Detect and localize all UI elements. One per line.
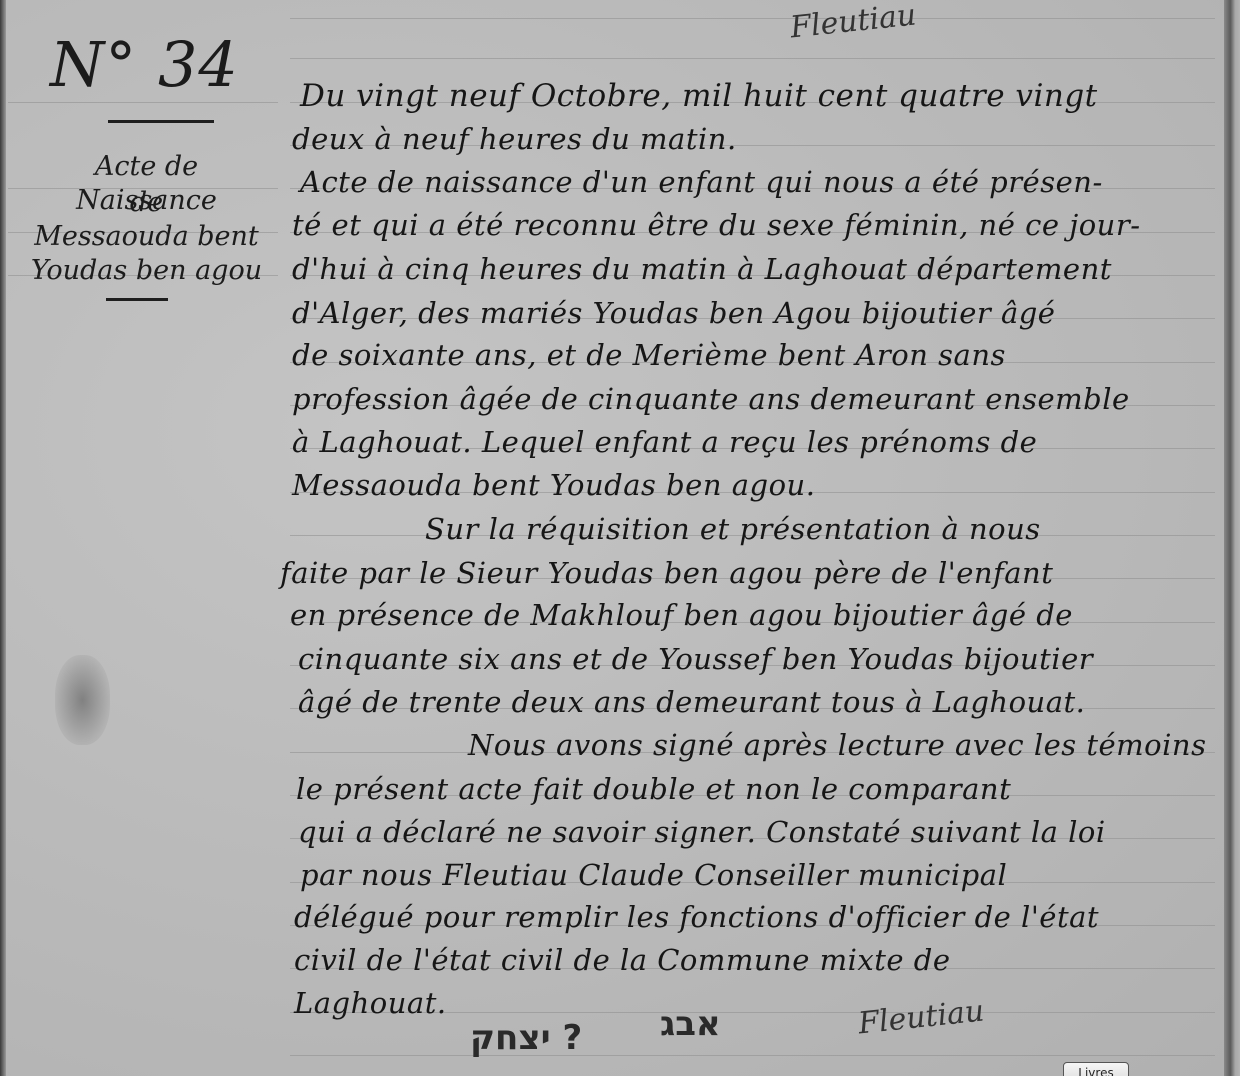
livres-button[interactable]: Livres [1063, 1062, 1129, 1076]
text-line: par nous Fleutiau Claude Conseiller muni… [300, 858, 1007, 892]
page-binding-right [1224, 0, 1240, 1076]
act-number-underline [108, 120, 214, 123]
margin-title-line-4: Youdas ben agou [24, 254, 269, 288]
margin-title-line-3: Messaouda bent [24, 220, 269, 254]
text-line: Du vingt neuf Octobre, mil huit cent qua… [300, 78, 1098, 114]
text-line: qui a déclaré ne savoir signer. Constaté… [298, 815, 1106, 849]
text-line: délégué pour remplir les fonctions d'off… [294, 900, 1099, 934]
margin-title-line-2: de [24, 186, 269, 220]
margin-title-underline [106, 298, 168, 301]
text-line: de soixante ans, et de Merième bent Aron… [292, 338, 1006, 372]
signature-bottom: Fleutiau [857, 993, 986, 1041]
text-line: d'hui à cinq heures du matin à Laghouat … [292, 252, 1112, 286]
text-line: d'Alger, des mariés Youdas ben Agou bijo… [292, 296, 1055, 330]
ruled-line [290, 58, 1215, 59]
text-line: Acte de naissance d'un enfant qui nous a… [300, 165, 1103, 199]
signature-hebrew-1: יצחק ? [470, 1018, 582, 1058]
text-line: deux à neuf heures du matin. [292, 122, 737, 156]
text-line: Laghouat. [294, 986, 447, 1020]
ruled-line [290, 18, 1215, 19]
text-line: té et qui a été reconnu être du sexe fém… [292, 208, 1141, 242]
text-line: profession âgée de cinquante ans demeura… [292, 382, 1130, 416]
act-number: N° 34 [50, 28, 239, 101]
scanned-register-page: N° 34 Acte de Naissance de Messaouda ben… [0, 0, 1240, 1076]
ruled-line [290, 1055, 1215, 1056]
text-line: Nous avons signé après lecture avec les … [468, 728, 1206, 762]
text-line: Sur la réquisition et présentation à nou… [425, 512, 1041, 546]
ink-smudge [55, 655, 110, 745]
margin-column: N° 34 Acte de Naissance de Messaouda ben… [0, 0, 285, 1076]
signature-hebrew-2: אבג [660, 1004, 721, 1044]
text-line: le présent acte fait double et non le co… [296, 772, 1011, 806]
text-line: faite par le Sieur Youdas ben agou père … [280, 556, 1053, 590]
text-line: à Laghouat. Lequel enfant a reçu les pré… [292, 425, 1037, 459]
text-line: cinquante six ans et de Youssef ben Youd… [298, 642, 1093, 676]
text-line: civil de l'état civil de la Commune mixt… [294, 943, 951, 977]
text-line: en présence de Makhlouf ben agou bijouti… [290, 598, 1073, 632]
text-line: âgé de trente deux ans demeurant tous à … [298, 685, 1085, 719]
text-line: Messaouda bent Youdas ben agou. [292, 468, 815, 502]
signature-top: Fleutiau [789, 0, 918, 46]
